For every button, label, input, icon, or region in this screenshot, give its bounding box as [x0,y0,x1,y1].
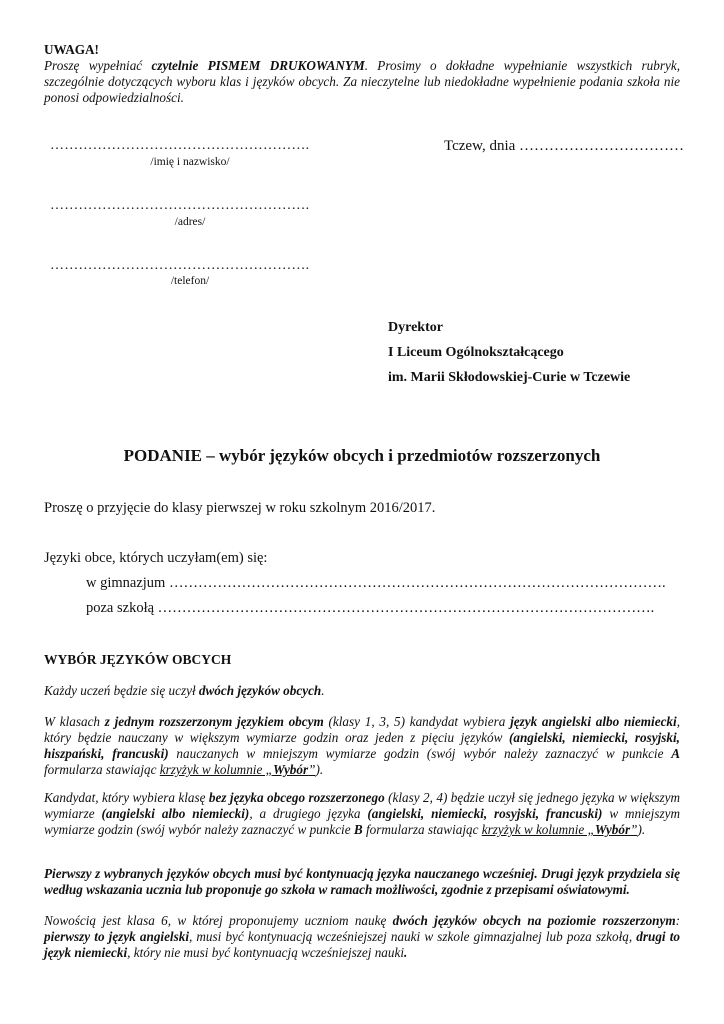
text-emphasis: Wybór [273,762,308,777]
date-label: Tczew, dnia [444,138,515,154]
text-part: . [321,683,324,698]
recipient-school-name: im. Marii Skłodowskiej-Curie w Tczewie [388,370,630,386]
gymnasium-languages-field[interactable]: w gimnazjum …………………………………………………………………………… [86,575,666,592]
text-part: Każdy uczeń będzie się uczył [44,683,199,698]
text-part: krzyżyk w kolumnie „ [482,822,595,837]
text-emphasis: bez języka obcego rozszerzonego [209,790,385,805]
request-text: Proszę o przyjęcie do klasy pierwszej w … [44,500,435,517]
text-part: , a drugiego języka [249,806,367,821]
recipient-school: I Liceum Ogólnokształcącego [388,345,564,361]
underlined-instruction: krzyżyk w kolumnie „Wybór” [160,762,316,777]
gymnasium-label: w gimnazjum [86,575,165,591]
text-emphasis: dwóch języków obcych na poziomie rozszer… [393,913,676,928]
underlined-instruction: krzyżyk w kolumnie „Wybór” [482,822,638,837]
text-emphasis: dwóch języków obcych [199,683,321,698]
text-part: Kandydat, który wybiera klasę [44,790,209,805]
gymnasium-dots[interactable]: …………………………………………………………………………………………. [169,575,666,591]
text-part: Nowością jest klasa 6, w której proponuj… [44,913,393,928]
text-part: nauczanych w mniejszym wymiarze godzin (… [169,746,672,761]
text-emphasis: (angielski albo niemiecki) [101,806,249,821]
notice-emphasis: czytelnie PISMEM DRUKOWANYM [151,58,364,73]
text-emphasis: język angielski albo niemiecki [510,714,677,729]
text-part: , musi być kontynuacją wcześniejszej nau… [189,929,636,944]
text-emphasis: z jednym rozszerzonym językiem obcym [105,714,324,729]
name-field[interactable]: ………………………………………………. [50,138,309,154]
text-part: ). [637,822,645,837]
text-part: formularza stawiając [363,822,482,837]
text-part: W klasach [44,714,105,729]
phone-field[interactable]: ………………………………………………. [50,258,309,274]
text-part: : [676,913,680,928]
section-paragraph-2: W klasach z jednym rozszerzonym językiem… [44,714,680,778]
address-field-label: /adres/ [45,216,335,228]
languages-intro: Języki obce, których uczyłam(em) się: [44,550,267,567]
notice-text-part: Proszę wypełniać [44,58,151,73]
text-emphasis: B [354,822,363,837]
outside-school-languages-field[interactable]: poza szkołą …………………………………………………………………………… [86,600,654,617]
section-heading: WYBÓR JĘZYKÓW OBCYCH [44,652,231,668]
text-emphasis: pierwszy to język angielski [44,929,189,944]
text-part: krzyżyk w kolumnie „ [160,762,273,777]
text-part: ). [315,762,323,777]
phone-field-label: /telefon/ [45,275,335,287]
date-field[interactable]: Tczew, dnia …………………………… [444,138,684,155]
section-paragraph-5: Nowością jest klasa 6, w której proponuj… [44,913,680,961]
text-part: (klasy 1, 3, 5) kandydat wybiera [324,714,510,729]
text-part: , który nie musi być kontynuacją wcześni… [127,945,404,960]
document-title: PODANIE – wybór języków obcych i przedmi… [0,446,724,466]
section-paragraph-3: Kandydat, który wybiera klasę bez języka… [44,790,680,838]
text-part: formularza stawiając [44,762,160,777]
text-emphasis: Wybór [595,822,630,837]
text-emphasis: A [671,746,680,761]
recipient-title: Dyrektor [388,320,443,336]
outside-school-label: poza szkołą [86,600,154,616]
notice-text: Proszę wypełniać czytelnie PISMEM DRUKOW… [44,58,680,106]
section-paragraph-1: Każdy uczeń będzie się uczył dwóch język… [44,683,680,699]
text-emphasis: (angielski, niemiecki, rosyjski, francus… [367,806,602,821]
text-emphasis: . [404,945,407,960]
name-field-label: /imię i nazwisko/ [45,156,335,168]
outside-school-dots[interactable]: …………………………………………………………………………………………. [158,600,655,616]
notice-title: UWAGA! [44,42,99,58]
section-paragraph-4: Pierwszy z wybranych języków obcych musi… [44,866,680,898]
date-dots[interactable]: …………………………… [519,138,684,154]
address-field[interactable]: ………………………………………………. [50,198,309,214]
